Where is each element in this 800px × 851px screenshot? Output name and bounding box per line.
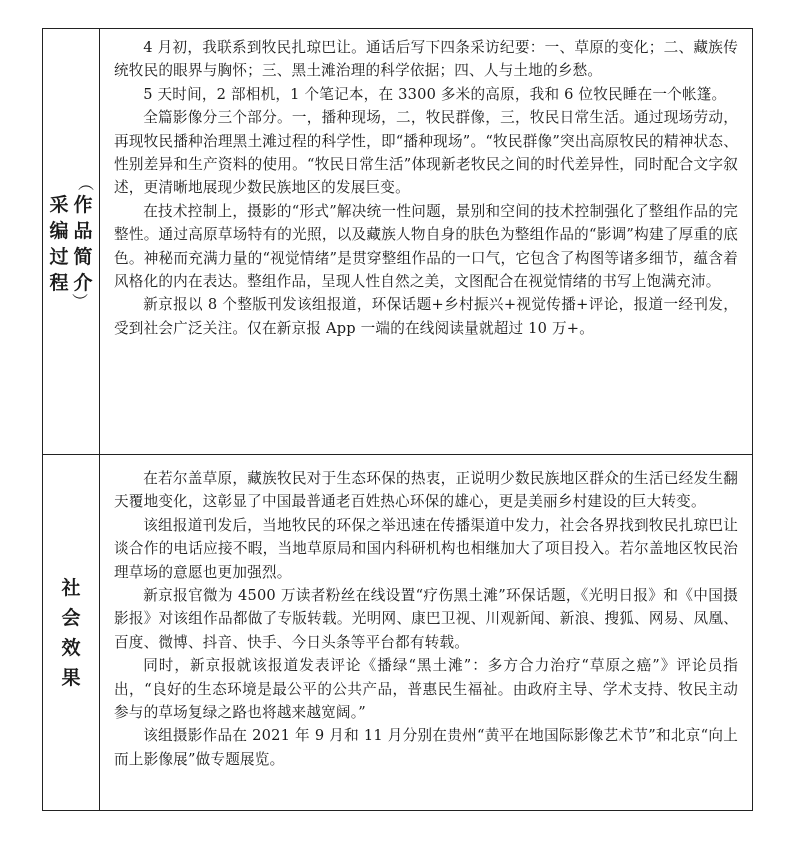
content-cell-introduction: 4 月初，我联系到牧民扎琼巴让。通话后写下四条采访纪要：一、草原的变化；二、藏族…: [100, 29, 753, 455]
vertical-label: 社 会 效 果: [43, 573, 99, 693]
table-row-social-impact: 社 会 效 果 在若尔盖草原，藏族牧民对于生态环保的热衷，正说明少数民族地区群众…: [43, 455, 753, 811]
paragraph: 该组摄影作品在 2021 年 9 月和 11 月分别在贵州“黄平在地国际影像艺术…: [114, 724, 738, 771]
content-cell-social-impact: 在若尔盖草原，藏族牧民对于生态环保的热衷，正说明少数民族地区群众的生活已经发生翻…: [100, 455, 753, 811]
label-char: 会: [61, 603, 80, 633]
paragraph: 5 天时间，2 部相机，1 个笔记本，在 3300 多米的高原，我和 6 位牧民…: [114, 83, 738, 106]
paragraph: 在若尔盖草原，藏族牧民对于生态环保的热衷，正说明少数民族地区群众的生活已经发生翻…: [114, 467, 738, 514]
entry-form-table: （ 作 品 简 介 采 编 过 程 ）: [42, 28, 753, 811]
row-label-introduction: （ 作 品 简 介 采 编 过 程 ）: [43, 29, 100, 455]
paragraph: 该组报道刊发后，当地牧民的环保之举迅速在传播渠道中发力，社会各界找到牧民扎琼巴让…: [114, 514, 738, 584]
label-char: 简: [73, 244, 92, 270]
paragraph: 4 月初，我联系到牧民扎琼巴让。通话后写下四条采访纪要：一、草原的变化；二、藏族…: [114, 36, 738, 83]
label-char: 程: [49, 270, 68, 296]
label-char: 社: [61, 573, 80, 603]
paragraph: 新京报以 8 个整版刊发该组报道，环保话题+乡村振兴+视觉传播+评论，报道一经刊…: [114, 293, 738, 340]
label-char: 果: [61, 663, 80, 693]
label-paren-close: ）: [68, 292, 86, 308]
label-char: 作: [73, 192, 92, 218]
label-char: 采: [49, 192, 68, 218]
row-label-social-impact: 社 会 效 果: [43, 455, 100, 811]
paragraph: 新京报官微为 4500 万读者粉丝在线设置“疗伤黑土滩”环保话题，《光明日报》和…: [114, 584, 738, 654]
label-char: 介: [73, 270, 92, 296]
label-char: 品: [73, 218, 92, 244]
paragraph: 在技术控制上，摄影的“形式”解决统一性问题，景别和空间的技术控制强化了整组作品的…: [114, 200, 738, 294]
label-char: 编: [49, 218, 68, 244]
paragraph: 全篇影像分三个部分。一，播种现场，二，牧民群像，三，牧民日常生活。通过现场劳动，…: [114, 106, 738, 200]
label-paren-open: （: [74, 174, 92, 190]
label-char: 过: [49, 244, 68, 270]
label-column-left: 采 编 过 程: [48, 174, 70, 314]
paragraph: 同时，新京报就该报道发表评论《播绿“黑土滩”：多方合力治疗“草原之癌”》评论员指…: [114, 654, 738, 724]
label-char: 效: [61, 633, 80, 663]
table-row-introduction: （ 作 品 简 介 采 编 过 程 ）: [43, 29, 753, 455]
